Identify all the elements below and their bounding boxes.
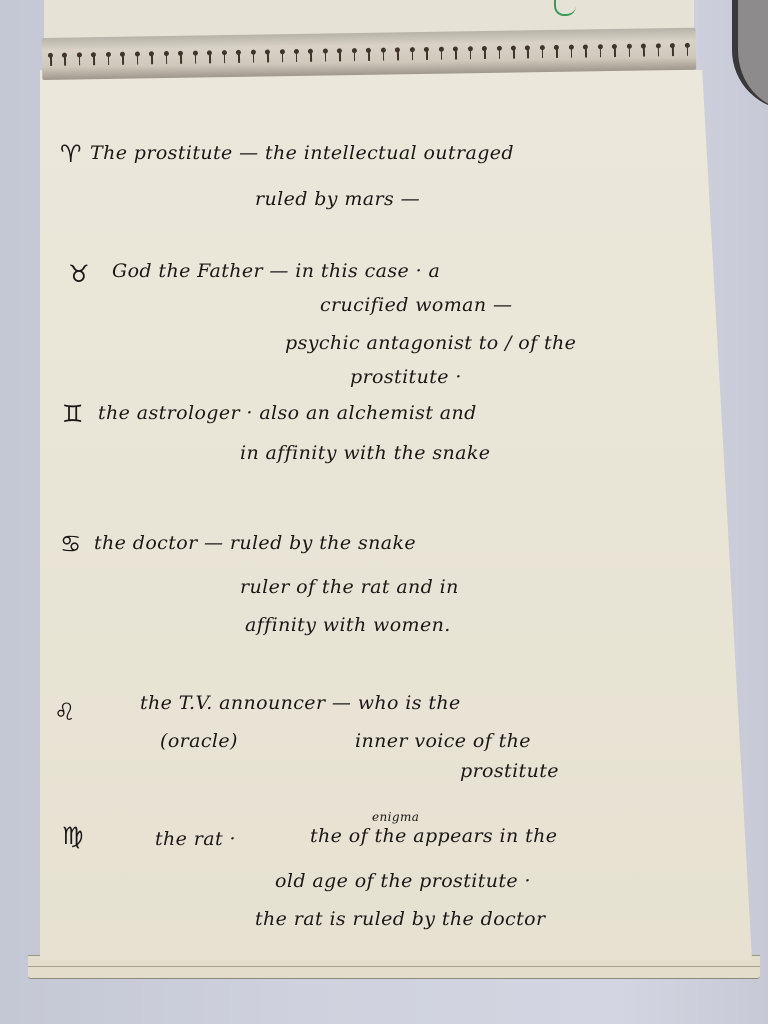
ring bbox=[265, 49, 270, 62]
ring bbox=[496, 45, 501, 58]
ring bbox=[77, 52, 82, 65]
entry-virgo-line-2: the of the appears in the bbox=[310, 825, 557, 847]
notebook-page: ♈ The prostitute — the intellectual outr… bbox=[40, 70, 752, 960]
ring bbox=[684, 42, 689, 55]
ring bbox=[467, 46, 472, 59]
entry-leo-line-1: the T.V. announcer — who is the bbox=[140, 692, 461, 714]
ring bbox=[120, 51, 125, 64]
entry-aries-line-2: ruled by mars — bbox=[255, 188, 420, 210]
green-ink-mark bbox=[554, 0, 576, 16]
ring bbox=[352, 48, 357, 61]
ring bbox=[62, 52, 67, 65]
ring bbox=[656, 43, 661, 56]
ring bbox=[482, 46, 487, 59]
ring bbox=[569, 44, 574, 57]
entry-cancer-line-2: ruler of the rat and in bbox=[240, 576, 459, 598]
ring bbox=[48, 52, 53, 65]
ring bbox=[453, 46, 458, 59]
ring bbox=[612, 43, 617, 56]
ring bbox=[337, 48, 342, 61]
ring bbox=[236, 49, 241, 62]
virgo-icon: ♍ bbox=[62, 822, 84, 850]
ring bbox=[598, 44, 603, 57]
cancer-icon: ♋ bbox=[60, 530, 82, 558]
taurus-icon: ♉ bbox=[68, 260, 90, 288]
entry-virgo-line-1: the rat · bbox=[155, 828, 236, 850]
ring bbox=[525, 45, 530, 58]
ring bbox=[250, 49, 255, 62]
ring bbox=[106, 51, 111, 64]
ring bbox=[308, 48, 313, 61]
ring bbox=[395, 47, 400, 60]
gemini-icon: ♊ bbox=[62, 400, 84, 428]
entry-virgo-line-3: old age of the prostitute · bbox=[275, 870, 531, 892]
entry-taurus-line-3: psychic antagonist to / of the bbox=[285, 332, 576, 354]
ring bbox=[279, 49, 284, 62]
ring bbox=[439, 46, 444, 59]
ring bbox=[207, 50, 212, 63]
ring bbox=[641, 43, 646, 56]
ring bbox=[135, 51, 140, 64]
leo-icon: ♌ bbox=[54, 698, 76, 726]
entry-virgo-line-4: the rat is ruled by the doctor bbox=[255, 908, 545, 930]
entry-virgo-insert: enigma bbox=[372, 810, 419, 824]
ring bbox=[627, 43, 632, 56]
entry-taurus-line-2: crucified woman — bbox=[320, 294, 512, 316]
ring bbox=[410, 47, 415, 60]
ring bbox=[381, 47, 386, 60]
ring bbox=[149, 51, 154, 64]
entry-taurus-line-1: God the Father — in this case · a bbox=[112, 260, 440, 282]
entry-aries-line-1: The prostitute — the intellectual outrag… bbox=[90, 142, 514, 164]
ring bbox=[366, 47, 371, 60]
entry-gemini-line-1: the astrologer · also an alchemist and bbox=[98, 402, 477, 424]
ring bbox=[540, 45, 545, 58]
ring bbox=[91, 52, 96, 65]
entry-gemini-line-2: in affinity with the snake bbox=[240, 442, 490, 464]
ring bbox=[583, 44, 588, 57]
ring bbox=[164, 51, 169, 64]
ring bbox=[323, 48, 328, 61]
entry-leo-oracle: (oracle) bbox=[160, 730, 238, 752]
ring bbox=[554, 44, 559, 57]
entry-leo-line-3: prostitute bbox=[460, 760, 559, 782]
ring bbox=[222, 50, 227, 63]
ring bbox=[511, 45, 516, 58]
ring bbox=[424, 46, 429, 59]
entry-cancer-line-1: the doctor — ruled by the snake bbox=[94, 532, 416, 554]
ring bbox=[178, 50, 183, 63]
aries-icon: ♈ bbox=[60, 140, 82, 168]
ring bbox=[670, 43, 675, 56]
entry-taurus-line-4: prostitute · bbox=[350, 366, 462, 388]
entry-cancer-line-3: affinity with women. bbox=[245, 614, 451, 636]
ring bbox=[294, 48, 299, 61]
ring bbox=[193, 50, 198, 63]
entry-leo-line-2: inner voice of the bbox=[355, 730, 531, 752]
